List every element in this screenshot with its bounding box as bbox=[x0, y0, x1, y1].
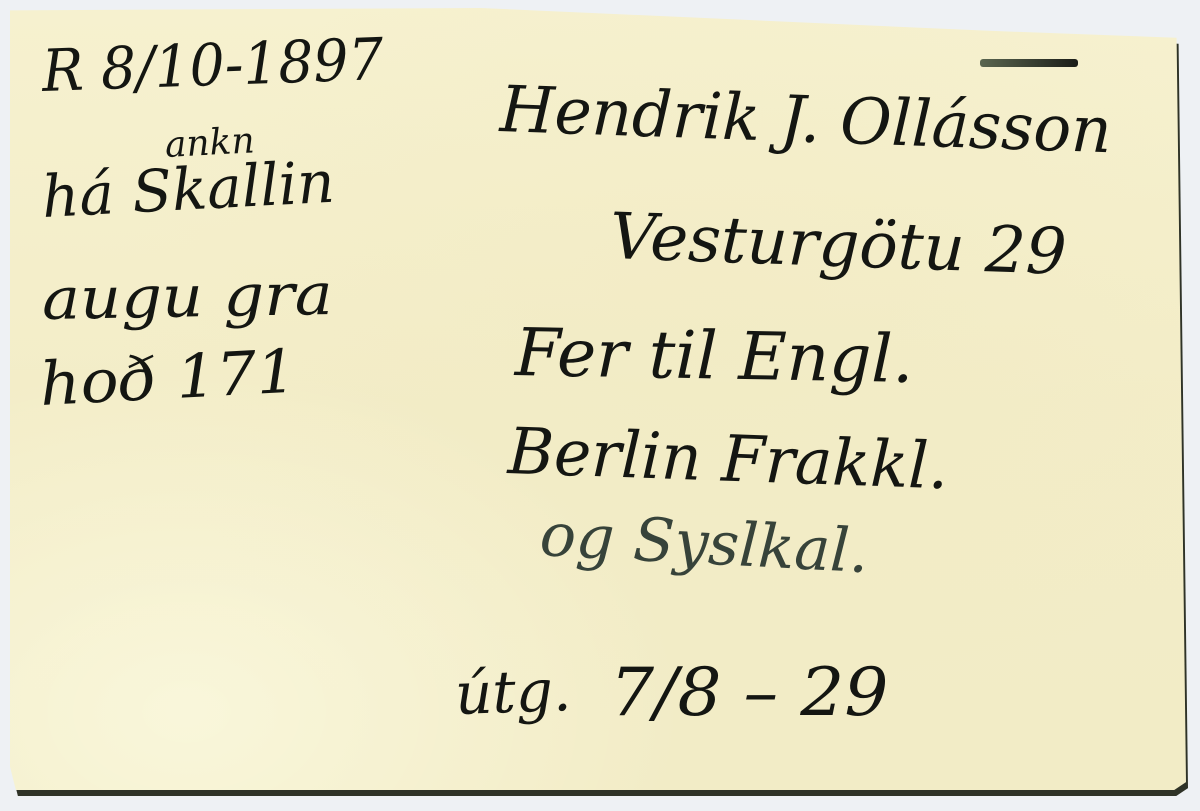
left-note-line-1: R 8/10-1897 bbox=[41, 30, 384, 100]
left-note-line-5: hoð 171 bbox=[38, 342, 297, 415]
left-note-line-3: há Skallin bbox=[40, 153, 335, 226]
footer-label: útg. bbox=[454, 661, 572, 723]
street-address: Vesturgötu 29 bbox=[609, 205, 1068, 285]
footer-date: 7/8 – 29 bbox=[610, 660, 888, 726]
ink-bar-mark bbox=[980, 59, 1078, 67]
left-note-line-4: augu gra bbox=[41, 265, 333, 328]
address-note-line-3: og Syslkal. bbox=[538, 505, 870, 582]
address-note-line-1: Fer til Engl. bbox=[514, 320, 914, 393]
address-note-line-2: Berlin Frakkl. bbox=[507, 420, 950, 499]
